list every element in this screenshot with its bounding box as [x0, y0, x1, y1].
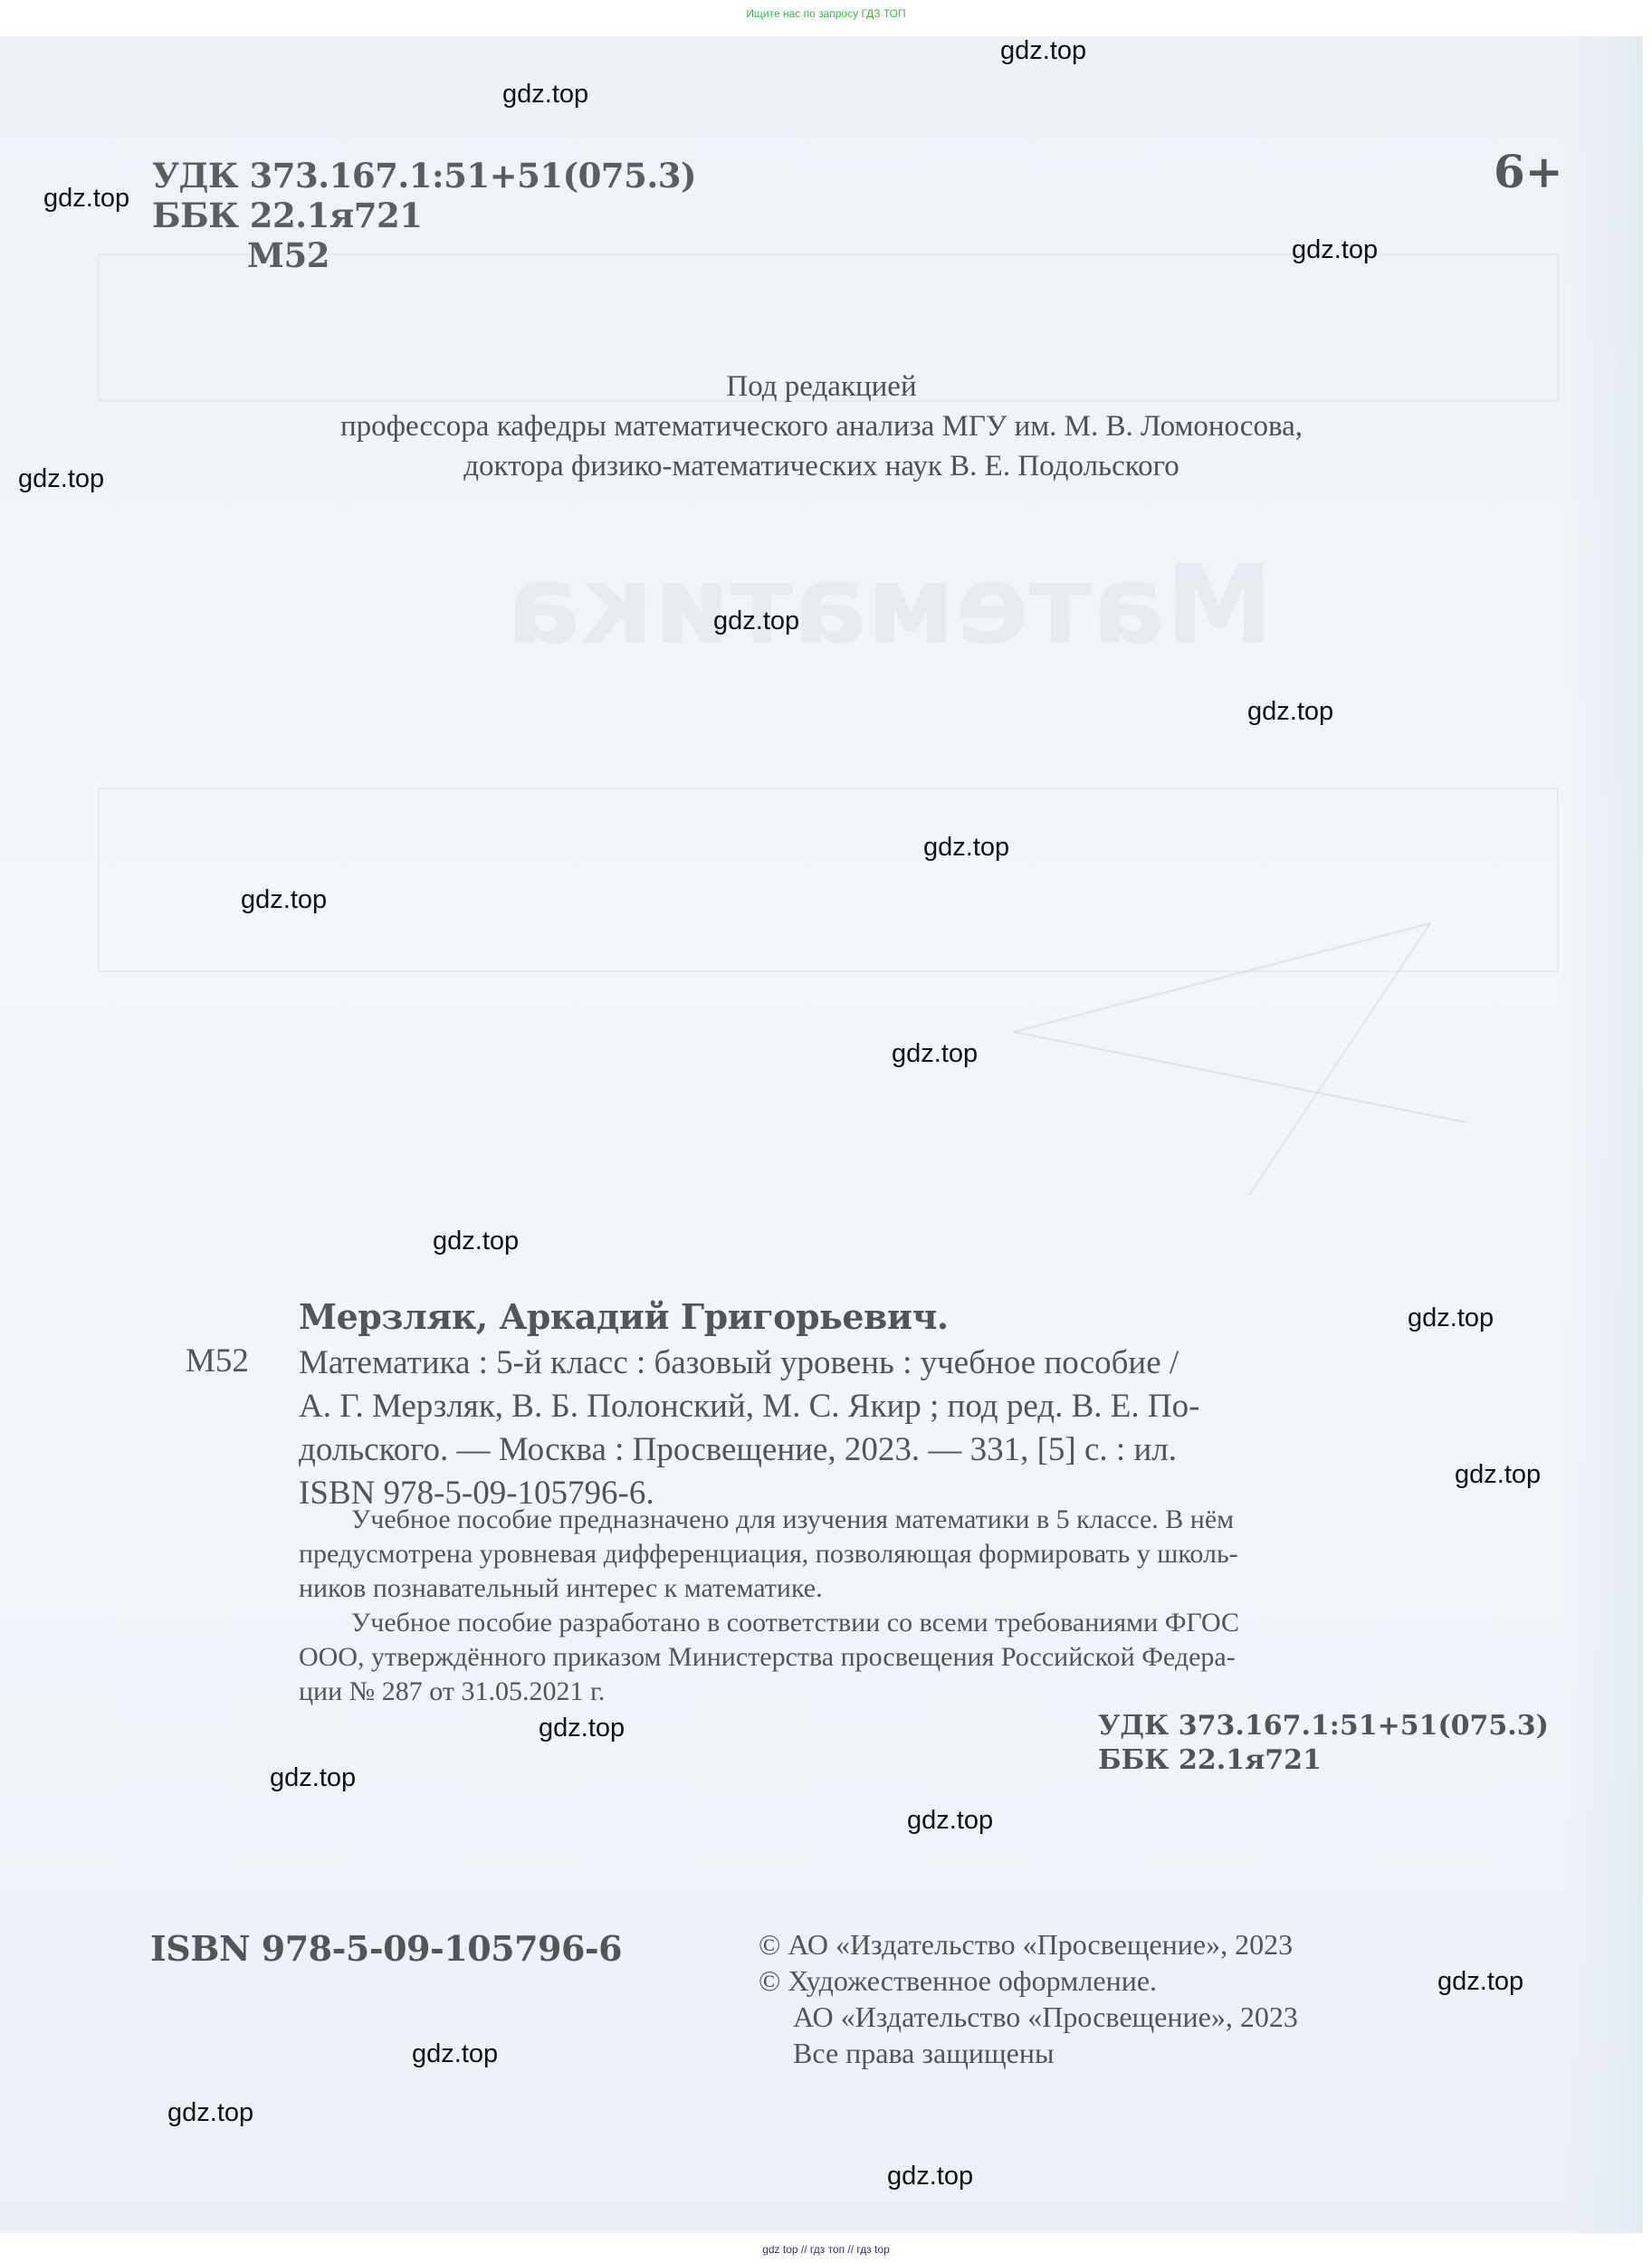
age-rating: 6+ — [1494, 145, 1563, 198]
watermark: gdz.top — [923, 833, 1009, 863]
annotation-line: ников познавательный интерес к математик… — [299, 1571, 1530, 1606]
author-mark: М52 — [152, 235, 696, 275]
watermark: gdz.top — [1408, 1303, 1494, 1333]
watermark: gdz.top — [907, 1806, 993, 1836]
annotation-line: предусмотрена уровневая дифференциация, … — [299, 1537, 1530, 1571]
watermark: gdz.top — [43, 184, 129, 214]
annotation-line: Учебное пособие разработано в соответств… — [299, 1606, 1530, 1640]
isbn: ISBN 978-5-09-105796-6 — [150, 1928, 622, 1969]
udk-code: УДК 373.167.1:51+51(075.3) — [1098, 1709, 1549, 1743]
watermark: gdz.top — [1247, 697, 1333, 727]
watermark: gdz.top — [270, 1763, 356, 1793]
watermark: gdz.top — [892, 1039, 978, 1069]
bibliographic-line: дольского. — Москва : Просвещение, 2023.… — [299, 1428, 1534, 1472]
bibliographic-line: Математика : 5-й класс : базовый уровень… — [299, 1342, 1534, 1385]
copyright-line: © Художественное оформление. — [759, 1962, 1298, 1999]
copyright-line: © АО «Издательство «Просвещение», 2023 — [759, 1926, 1298, 1962]
bleed-through-diagram — [978, 887, 1485, 1231]
watermark: gdz.top — [1292, 235, 1378, 265]
copyright-line: Все права защищены — [759, 2035, 1298, 2071]
bbk-code: ББК 22.1я721 — [1098, 1743, 1549, 1778]
annotation: Учебное пособие предназначено для изучен… — [299, 1503, 1530, 1709]
author-mark-code: М52 — [186, 1342, 249, 1380]
watermark: gdz.top — [412, 2039, 498, 2069]
editor-line-2: профессора кафедры математического анали… — [0, 406, 1643, 446]
watermark: gdz.top — [1455, 1460, 1541, 1490]
author-heading: Мерзляк, Аркадий Григорьевич. — [299, 1296, 949, 1337]
bleed-through-title: Математика — [507, 543, 1273, 669]
watermark: gdz.top — [433, 1227, 519, 1256]
editor-block: Под редакцией профессора кафедры математ… — [0, 367, 1643, 486]
bbk-code: ББК 22.1я721 — [152, 196, 696, 235]
watermark: gdz.top — [887, 2162, 973, 2191]
udk-code: УДК 373.167.1:51+51(075.3) — [152, 156, 696, 196]
annotation-line: Учебное пособие предназначено для изучен… — [299, 1503, 1530, 1537]
top-search-banner: Ищите нас по запросу ГДЗ ТОП — [0, 0, 1652, 27]
watermark: gdz.top — [539, 1714, 625, 1743]
classification-block-top: УДК 373.167.1:51+51(075.3) ББК 22.1я721 … — [152, 156, 696, 275]
watermark: gdz.top — [1000, 36, 1086, 66]
watermark: gdz.top — [713, 606, 799, 636]
annotation-line: ции № 287 от 31.05.2021 г. — [299, 1675, 1530, 1709]
editor-line-1: Под редакцией — [0, 367, 1643, 406]
watermark: gdz.top — [1437, 1967, 1523, 1997]
bibliographic-line: А. Г. Мерзляк, В. Б. Полонский, М. С. Як… — [299, 1385, 1534, 1428]
watermark: gdz.top — [18, 464, 104, 494]
classification-block-bottom: УДК 373.167.1:51+51(075.3) ББК 22.1я721 — [1098, 1709, 1549, 1778]
watermark: gdz.top — [241, 885, 327, 915]
copyright-block: © АО «Издательство «Просвещение», 2023 ©… — [759, 1926, 1298, 2071]
watermark: gdz.top — [167, 2098, 253, 2128]
copyright-line: АО «Издательство «Просвещение», 2023 — [759, 1999, 1298, 2035]
annotation-line: ООО, утверждённого приказом Министерства… — [299, 1640, 1530, 1675]
editor-line-3: доктора физико-математических наук В. Е.… — [0, 446, 1643, 486]
bottom-banner: gdz top // гдз топ // гдз top — [0, 2236, 1652, 2263]
watermark: gdz.top — [502, 80, 588, 110]
bibliographic-description: Математика : 5-й класс : базовый уровень… — [299, 1342, 1534, 1515]
